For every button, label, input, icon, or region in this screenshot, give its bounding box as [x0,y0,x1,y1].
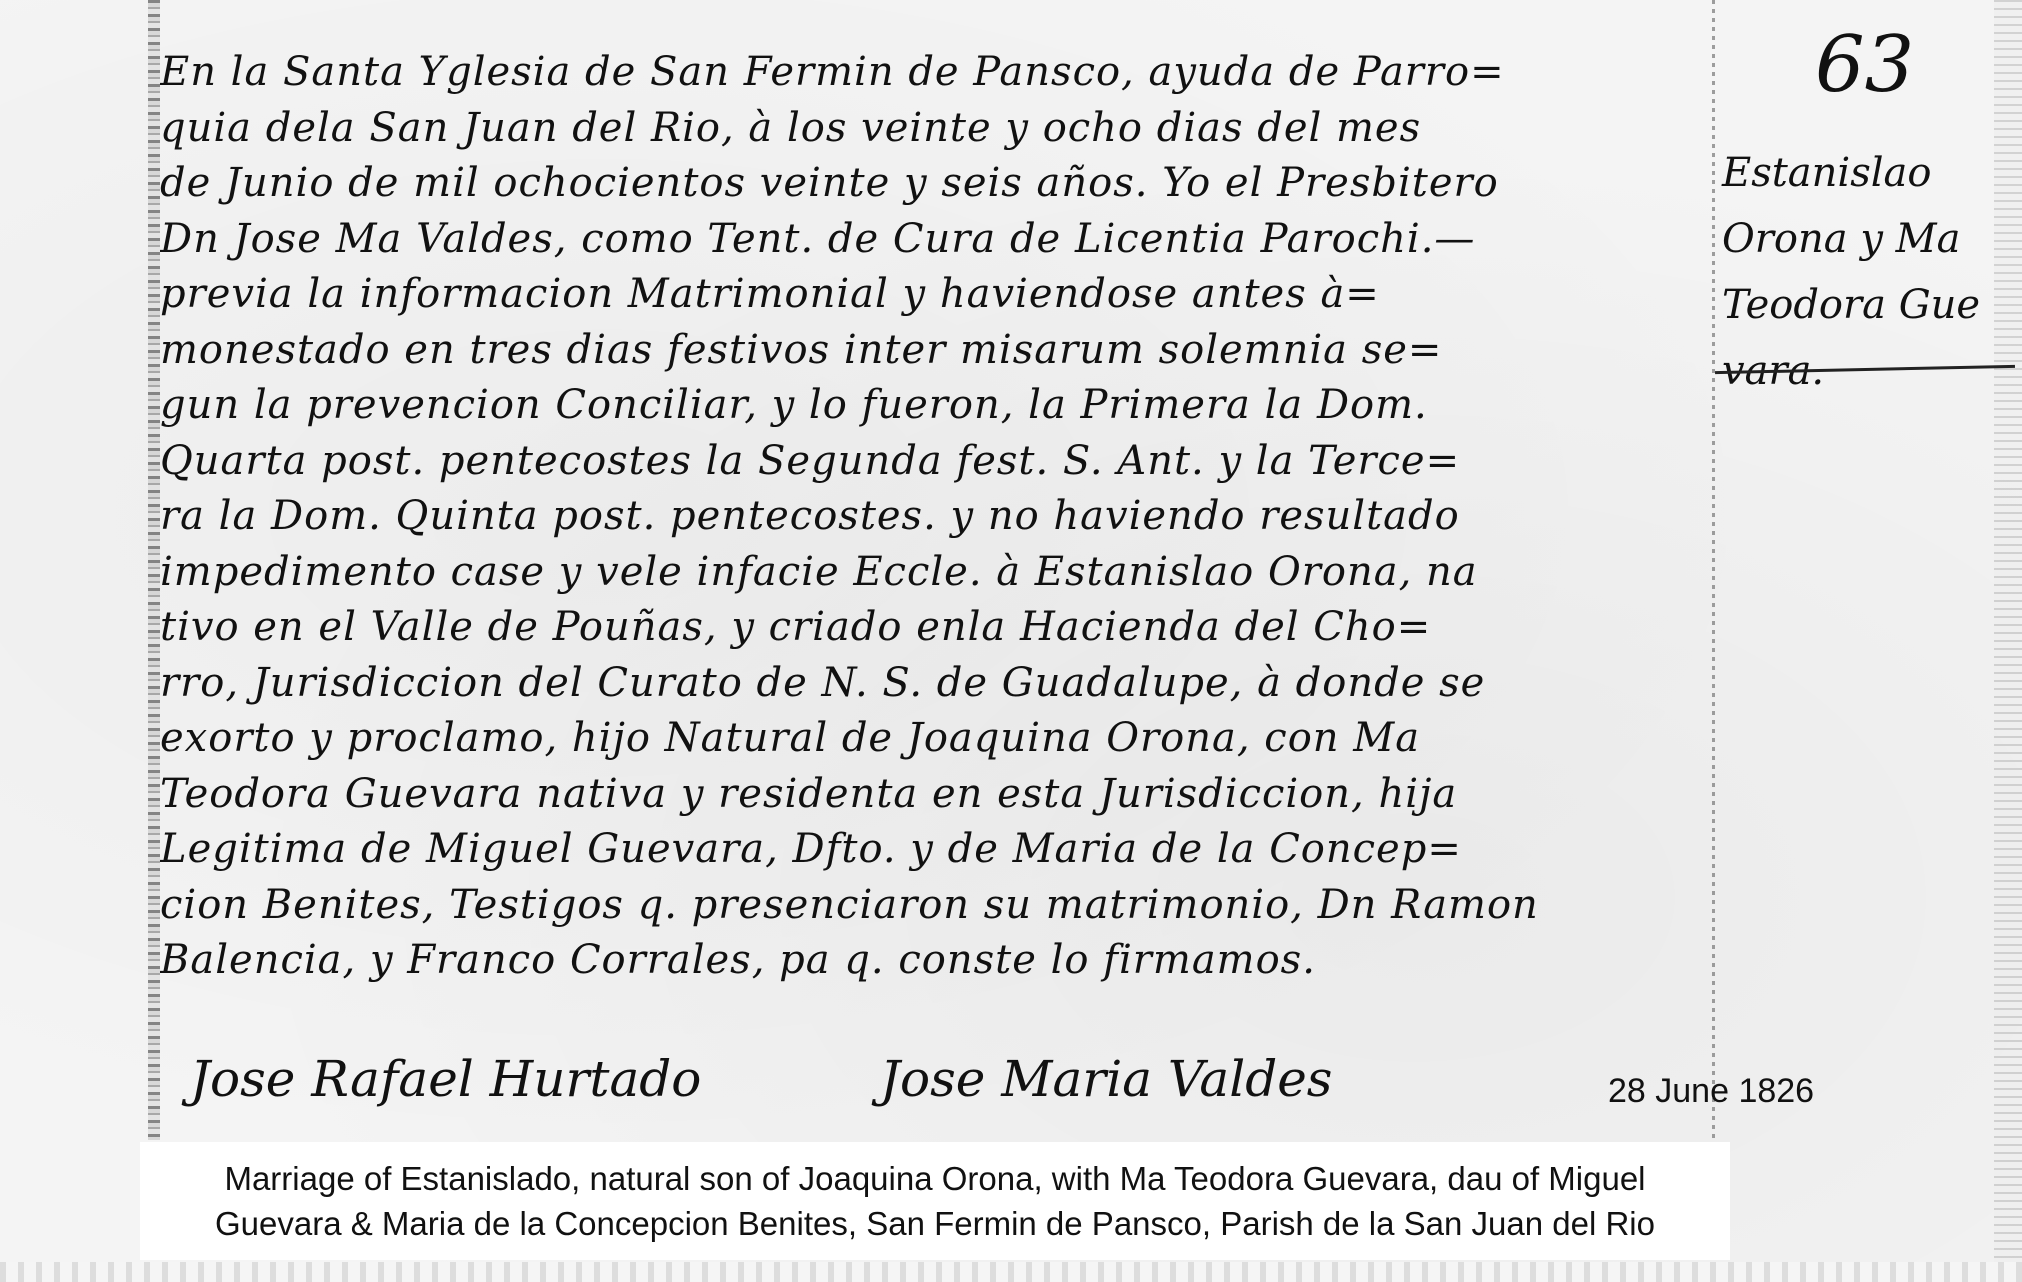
margin-note-line: Estanislao [1722,140,2012,206]
caption-box: Marriage of Estanislado, natural son of … [140,1142,1730,1260]
entry-line: ra la Dom. Quinta post. pentecostes. y n… [160,489,1705,545]
date-annotation: 28 June 1826 [1608,1072,1814,1111]
entry-line: Balencia, y Franco Corrales, pa q. const… [160,933,1705,989]
entry-line: cion Benites, Testigos q. presenciaron s… [160,878,1705,934]
entry-line: tivo en el Valle de Pouñas, y criado enl… [160,600,1705,656]
signature: Jose Maria Valdes [880,1050,1332,1108]
entry-line: previa la informacion Matrimonial y havi… [160,267,1705,323]
entry-line: gun la prevencion Conciliar, y lo fueron… [160,378,1705,434]
entry-line: monestado en tres dias festivos inter mi… [160,323,1705,379]
entry-line: En la Santa Yglesia de San Fermin de Pan… [160,45,1705,101]
signatures: Jose Rafael Hurtado Jose Maria Valdes [190,1040,1490,1140]
entry-line: rro, Jurisdiccion del Curato de N. S. de… [160,656,1705,712]
binding-edge [148,0,160,1140]
next-page-fragment [0,1262,2022,1282]
entry-line: Quarta post. pentecostes la Segunda fest… [160,434,1705,490]
scanned-register-page: En la Santa Yglesia de San Fermin de Pan… [0,0,2022,1282]
entry-line: impedimento case y vele infacie Eccle. à… [160,545,1705,601]
margin-rule [1712,0,1715,1140]
margin-note: Estanislao Orona y Ma Teodora Gue vara. [1722,140,2012,404]
margin-note-line: Orona y Ma [1722,206,2012,272]
caption-line: Marriage of Estanislado, natural son of … [140,1156,1730,1201]
caption-line: Guevara & Maria de la Concepcion Benites… [140,1201,1730,1246]
entry-line: quia dela San Juan del Rio, à los veinte… [160,101,1705,157]
signature: Jose Rafael Hurtado [190,1050,701,1108]
entry-line: Legitima de Miguel Guevara, Dfto. y de M… [160,822,1705,878]
handwritten-entry: En la Santa Yglesia de San Fermin de Pan… [160,45,1705,989]
entry-line: Teodora Guevara nativa y residenta en es… [160,767,1705,823]
margin-note-line: Teodora Gue [1722,272,2012,338]
entry-line: Dn Jose Ma Valdes, como Tent. de Cura de… [160,212,1705,268]
page-number: 63 [1815,20,1914,110]
entry-line: de Junio de mil ochocientos veinte y sei… [160,156,1705,212]
entry-line: exorto y proclamo, hijo Natural de Joaqu… [160,711,1705,767]
caption: Marriage of Estanislado, natural son of … [140,1156,1730,1246]
